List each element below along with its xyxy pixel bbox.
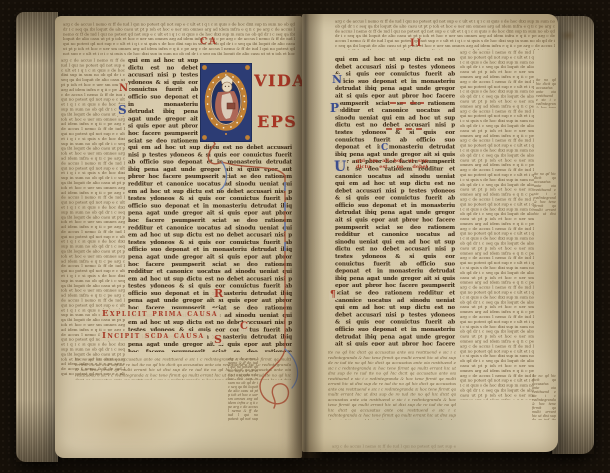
left-top-gloss: arg c de accus l nemo & ff de iud l qui … <box>63 22 295 55</box>
display-capitals-line2: EPS <box>257 112 297 131</box>
left-bottom-tiny-column: arg c de accus l nemo & ff de iud l qui … <box>228 357 258 421</box>
left-bottom-gloss: ite no qd hic dicit qa accusatus ante oi… <box>75 357 291 380</box>
rubric-explicit: Explicit prima causa <box>100 309 220 319</box>
paragraph-initial: C <box>380 144 389 153</box>
red-inline-dashes <box>390 102 424 104</box>
page-edges-left-stack <box>16 12 58 462</box>
paragraph-initial: R <box>213 288 224 299</box>
right-margin-note: ite no qd hic dicit qa accusatus ante oi… <box>532 374 556 420</box>
paragraph-initial: C <box>239 322 249 332</box>
right-outer-gloss-column: arg c de accus l nemo & ff de iud l qui … <box>460 50 534 400</box>
display-capitals-line1: VIDA <box>254 71 306 90</box>
red-paragraph-mark: ¶ <box>329 291 337 300</box>
paragraph-initial: N <box>331 74 343 85</box>
paragraph-initial: S <box>213 334 223 345</box>
faint-folio-mark <box>560 30 576 41</box>
paragraph-initial: S <box>117 104 128 116</box>
main-text-beside-initial: qui em ad hoc ut sup dictu est no debet … <box>128 57 198 143</box>
right-below-main-gloss: ite no qd hic dicit qa accusatus ante oi… <box>328 350 456 420</box>
paragraph-initial: U <box>333 160 347 174</box>
page-edges-right-stack <box>552 16 594 454</box>
right-margin-note: ite no qd hic dicit qa accusatus ante oi… <box>536 78 556 108</box>
running-header-right: II <box>410 38 423 49</box>
illuminated-initial-q <box>200 63 252 142</box>
initial-q-artwork <box>200 63 252 142</box>
paragraph-initial: N <box>118 84 129 94</box>
left-margin-gloss-column: arg c de accus l nemo & ff de iud l qui … <box>61 58 125 376</box>
red-inline-dashes <box>386 128 426 130</box>
bishop-face <box>222 82 232 92</box>
rubric-incipit: Incipit scda causa <box>100 331 207 341</box>
right-page: arg c de accus l nemo & ff de iud l qui … <box>302 14 558 452</box>
bishop-book <box>227 103 235 109</box>
main-text-column-right: qui em ad hoc ut sup dictu est no debet … <box>335 56 455 346</box>
red-rubric-words-inline: qui em ad hoc ut sup dictu est no debet … <box>356 158 428 171</box>
manuscript-photo: arg c de accus l nemo & ff de iud l qui … <box>0 0 610 473</box>
running-header-left: CA <box>200 37 218 47</box>
paragraph-initial: P <box>329 102 340 114</box>
right-margin-note: ite no qd hic dicit qa accusatus ante oi… <box>534 172 556 216</box>
left-page: arg c de accus l nemo & ff de iud l qui … <box>55 16 302 458</box>
right-top-gloss: arg c de accus l nemo & ff de iud l qui … <box>335 19 555 50</box>
right-bottom-faint-line: arg c de accus l nemo & ff de iud l qui … <box>332 444 456 450</box>
